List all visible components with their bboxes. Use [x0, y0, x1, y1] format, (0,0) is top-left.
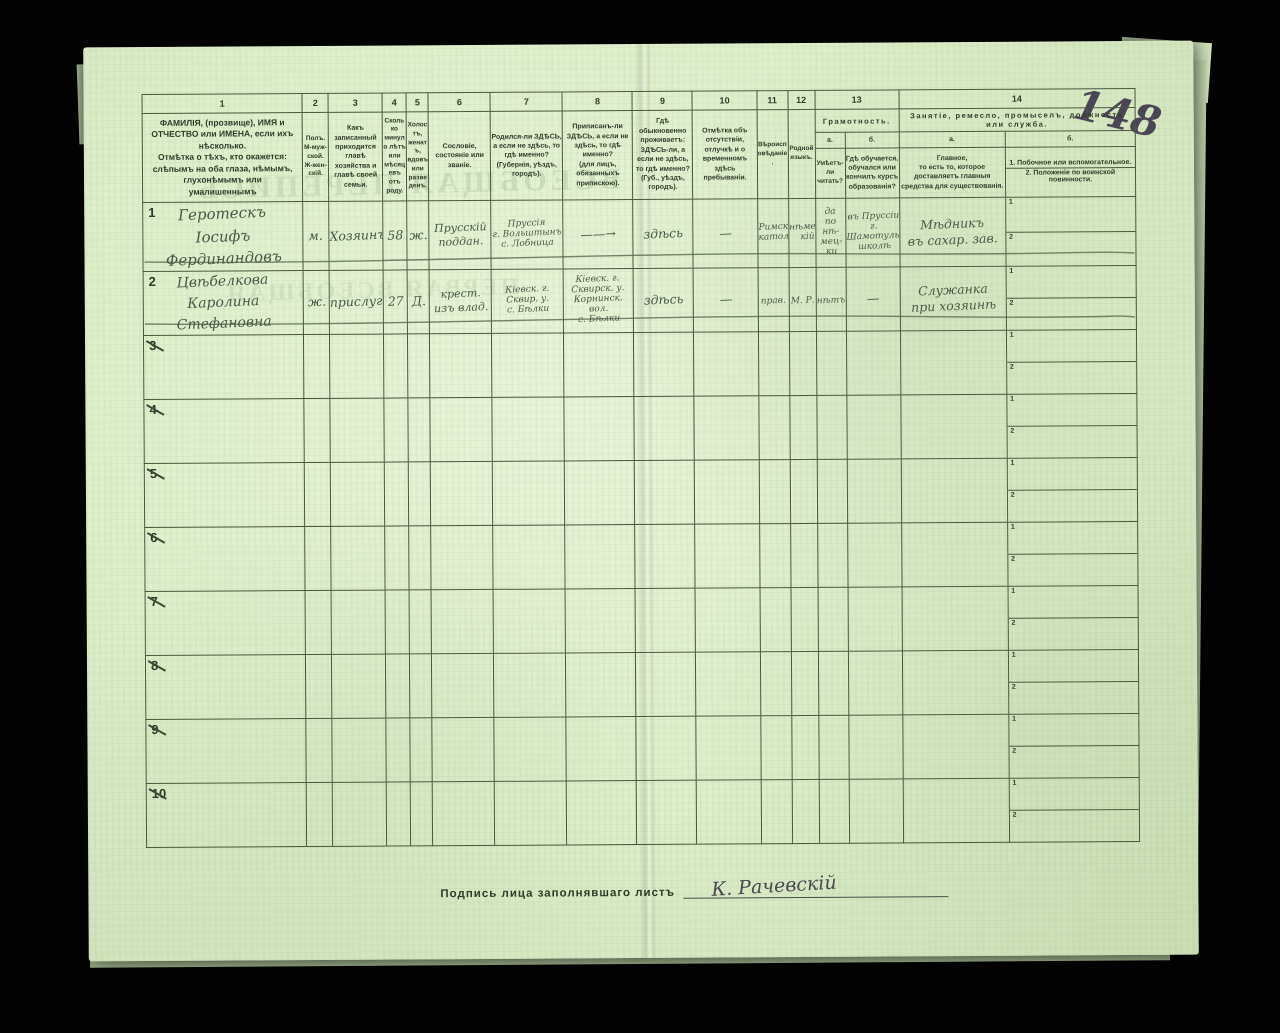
empty-cell	[493, 461, 565, 525]
subcell-label: 1	[1011, 523, 1015, 530]
cell-occupation-side: 12	[1007, 521, 1138, 586]
cell-residence: здѣсь	[633, 199, 693, 268]
cell-occupation-side: 12	[1009, 777, 1140, 842]
empty-cell	[409, 526, 431, 590]
census-table: 1 2 3 4 5 6 7 8 9 10 11 12 13 14 ФАМИЛІЯ…	[142, 88, 1141, 848]
empty-cell	[492, 333, 564, 397]
empty-cell	[761, 779, 792, 843]
empty-cell	[790, 523, 817, 587]
empty-cell	[636, 716, 696, 780]
empty-cell	[305, 590, 331, 654]
table-row: 1Геротескъ Іосифъ Фердинандовъ м. Хозяин…	[143, 197, 1136, 272]
table-row: 7 12	[145, 585, 1138, 655]
empty-cell	[819, 779, 849, 843]
empty-cell	[635, 524, 695, 588]
empty-cell	[566, 716, 636, 780]
table-row: 8 12	[145, 649, 1138, 719]
empty-cell	[760, 715, 791, 779]
row-number: 7	[151, 594, 158, 609]
empty-cell	[696, 588, 760, 652]
empty-cell	[817, 459, 847, 523]
subcell-label: 1	[1012, 779, 1016, 786]
subcell-label: 1	[1009, 199, 1013, 206]
empty-cell	[758, 331, 789, 395]
empty-cell	[637, 780, 697, 844]
cell-name: 7	[145, 590, 306, 655]
empty-cell	[331, 590, 385, 654]
subcell-label: 2	[1010, 428, 1014, 435]
cell-literacy-where: въ Пруссіи г. Шамотулы школѣ	[845, 198, 899, 267]
col-number: 1	[142, 94, 302, 114]
cell-language: нѣмец- кій	[788, 199, 815, 268]
cell-occupation-side: 12	[1006, 329, 1137, 394]
header-age: Сколько минуло лѣтъ или мѣсяцевъ отъ род…	[382, 112, 407, 201]
empty-cell	[384, 462, 408, 526]
empty-cell	[332, 718, 386, 782]
empty-cell	[385, 526, 409, 590]
empty-cell	[902, 586, 1008, 651]
empty-cell	[332, 654, 386, 718]
empty-cell	[564, 332, 634, 396]
cell-absence: —	[694, 268, 758, 332]
empty-cell	[384, 398, 408, 462]
cell-literacy-where: —	[846, 267, 900, 331]
empty-cell	[494, 717, 566, 781]
empty-cell	[817, 523, 847, 587]
empty-cell	[432, 717, 494, 781]
table-row: 2Цвѣбелкова Каролина Стефановна ж. присл…	[143, 265, 1136, 335]
empty-cell	[408, 398, 430, 462]
empty-cell	[304, 398, 330, 462]
subcell-label: 1	[1009, 268, 1013, 275]
empty-cell	[903, 778, 1009, 843]
cell-name: 1Геротескъ Іосифъ Фердинандовъ	[143, 202, 304, 271]
empty-cell	[432, 653, 494, 717]
subcell-label: 1	[1010, 396, 1014, 403]
empty-cell	[818, 715, 848, 779]
cell-residence: здѣсь	[634, 268, 694, 332]
census-sheet: ВСЕОБЩАЯ ПЕРЕПИСЬ ПЕРВАЯ ВСЕОБЩАЯ 148 1 …	[83, 41, 1199, 962]
cell-birthplace: Пруссія г. Вольштынъ с. Лобница	[491, 200, 563, 269]
header-estate: Сословіе, состояніе или званіе.	[428, 111, 491, 201]
empty-cell	[386, 718, 410, 782]
table-row: 4 12	[144, 393, 1137, 463]
empty-cell	[410, 654, 432, 718]
empty-cell	[791, 715, 818, 779]
cell-literacy-read: нѣтъ	[816, 267, 846, 331]
occupation-b-label: б.	[1005, 131, 1135, 147]
header-language: Родной языкъ.	[788, 109, 816, 198]
cell-occupation-main: Мѣдникъ въ сахар. зав.	[899, 198, 1006, 267]
subcell-label: 2	[1009, 233, 1013, 240]
empty-cell	[432, 781, 494, 845]
empty-cell	[431, 589, 493, 653]
empty-cell	[564, 396, 634, 460]
cell-occupation-side: 1 2	[1006, 265, 1137, 330]
subcell-label: 2	[1011, 491, 1015, 498]
col-number: 14	[899, 88, 1135, 108]
cell-birthplace: Кіевск. г. Сквир. у. с. Бѣлки	[491, 269, 563, 333]
empty-cell	[848, 587, 902, 651]
empty-cell	[565, 524, 635, 588]
cell-registration: ——→	[563, 200, 633, 269]
subcell-label: 2	[1013, 811, 1017, 818]
cell-name: 3	[143, 334, 304, 399]
cell-sex: ж.	[303, 270, 329, 334]
cell-name: 6	[145, 526, 306, 591]
row-number: 6	[150, 530, 157, 545]
empty-cell	[385, 590, 409, 654]
empty-cell	[789, 331, 816, 395]
empty-cell	[791, 587, 818, 651]
empty-cell	[846, 395, 900, 459]
subcell-label: 2	[1012, 683, 1016, 690]
subcell-label: 1	[1012, 715, 1016, 722]
cell-age: 58	[383, 201, 407, 270]
empty-cell	[408, 334, 430, 398]
empty-cell	[902, 714, 1008, 779]
empty-cell	[384, 334, 408, 398]
empty-cell	[634, 332, 694, 396]
header-literacy-where: Гдѣ обучается, обучался или кончилъ курс…	[845, 147, 899, 198]
header-absence: Отмѣтка объ отсутствіи, отлучкѣ и о врем…	[693, 110, 758, 200]
empty-cell	[818, 587, 848, 651]
empty-cell	[304, 462, 330, 526]
subcell-label: 2	[1011, 555, 1015, 562]
empty-cell	[696, 716, 760, 780]
header-religion: Вѣроисповѣданіе.	[757, 110, 789, 199]
empty-cell	[694, 332, 758, 396]
header-surname: ФАМИЛІЯ, (прозвище), ИМЯ и ОТЧЕСТВО или …	[142, 113, 303, 203]
empty-cell	[849, 779, 903, 843]
col-number: 7	[490, 92, 562, 111]
header-occupation-side: 1. Побочное или вспомогательное. 2. Поло…	[1005, 146, 1136, 198]
col-number: 5	[406, 93, 428, 112]
col-number: 11	[757, 91, 788, 110]
subcell-label: 2	[1010, 364, 1014, 371]
occupation-a-label: а.	[899, 131, 1005, 147]
table-row: 3 12	[143, 329, 1136, 399]
empty-cell	[430, 333, 492, 397]
empty-cell	[493, 525, 565, 589]
empty-cell	[409, 590, 431, 654]
empty-cell	[901, 458, 1007, 523]
empty-cell	[431, 461, 493, 525]
empty-cell	[848, 715, 902, 779]
cell-name: 4	[144, 398, 305, 463]
col-number: 13	[815, 90, 899, 110]
empty-cell	[900, 394, 1006, 459]
empty-cell	[847, 523, 901, 587]
empty-cell	[902, 650, 1008, 715]
empty-cell	[330, 334, 384, 398]
scanned-census-page: ВСЕОБЩАЯ ПЕРЕПИСЬ ПЕРВАЯ ВСЕОБЩАЯ 148 1 …	[0, 0, 1280, 1033]
row-number: 3	[149, 338, 156, 353]
empty-cell	[846, 331, 900, 395]
literacy-a-label: а.	[815, 132, 845, 148]
col-number: 8	[562, 92, 632, 111]
col-number: 2	[302, 93, 328, 112]
empty-cell	[790, 459, 817, 523]
col-number: 6	[428, 92, 490, 111]
subcell-label: 2	[1011, 619, 1015, 626]
cell-literacy-read: да по нѣ- мец- ки	[815, 199, 845, 268]
cell-religion: прав.	[758, 267, 789, 331]
col-number: 3	[328, 93, 382, 112]
empty-cell	[696, 652, 760, 716]
empty-cell	[306, 654, 332, 718]
cell-occupation-side: 12	[1007, 393, 1138, 458]
empty-cell	[305, 526, 331, 590]
empty-cell	[635, 460, 695, 524]
cell-religion: Римск. катол.	[757, 199, 788, 268]
empty-cell	[847, 459, 901, 523]
header-literacy: Грамотность.	[815, 109, 899, 133]
empty-cell	[634, 396, 694, 460]
empty-cell	[758, 395, 789, 459]
empty-cell	[635, 588, 695, 652]
cell-registration: Кіевск. г. Сквирск. у. Корнинск. вол. с.…	[563, 268, 633, 332]
empty-cell	[493, 589, 565, 653]
cell-occupation-main: Служанка при хозяинѣ	[900, 266, 1006, 331]
header-sex: Полъ. М-муж-ской. Ж-жен-скій.	[302, 112, 329, 201]
empty-cell	[818, 651, 848, 715]
empty-cell	[636, 652, 696, 716]
table-row: 9 12	[146, 713, 1139, 783]
empty-cell	[431, 525, 493, 589]
empty-cell	[410, 718, 432, 782]
empty-cell	[566, 652, 636, 716]
cell-name: 9	[146, 718, 307, 783]
header-marital: Холостъ, женатъ, вдовъ или разведенъ.	[406, 112, 429, 201]
empty-cell	[304, 334, 330, 398]
empty-cell	[791, 651, 818, 715]
empty-cell	[306, 718, 332, 782]
cell-age: 27	[383, 270, 407, 334]
empty-cell	[330, 398, 384, 462]
empty-cell	[760, 587, 791, 651]
header-occupation: Занятіе, ремесло, промыселъ, должность и…	[899, 107, 1135, 132]
empty-cell	[848, 651, 902, 715]
cell-relation: Хозяинъ	[329, 201, 383, 270]
cell-name: 2Цвѣбелкова Каролина Стефановна	[143, 270, 304, 335]
subcell-label: 1	[1012, 651, 1016, 658]
empty-cell	[695, 460, 759, 524]
row-number: 8	[151, 658, 158, 673]
row-number: 4	[149, 402, 156, 417]
header-occupation-main: Главное, то есть то, которое доставляетъ…	[899, 147, 1005, 198]
cell-occupation-side: 12	[1009, 713, 1140, 778]
header-birthplace: Родился-ли ЗДѢСЬ, а если не здѣсь, то гд…	[490, 111, 563, 201]
cell-estate: Прусскій поддан.	[429, 201, 491, 270]
cell-occupation-side: 1 2	[1005, 197, 1136, 266]
signature-handwritten: К. Рачевскій	[710, 872, 836, 901]
empty-cell	[792, 779, 819, 843]
table-row: 6 12	[145, 521, 1138, 591]
col-number: 10	[692, 91, 756, 110]
empty-cell	[697, 780, 761, 844]
cell-name: 8	[145, 654, 306, 719]
signature-line: К. Рачевскій	[683, 870, 948, 899]
empty-cell	[408, 462, 430, 526]
empty-cell	[330, 462, 384, 526]
cell-sex: м.	[303, 202, 329, 271]
subcell-label: 1	[1010, 459, 1014, 466]
empty-cell	[816, 395, 846, 459]
empty-cell	[331, 526, 385, 590]
table-row: 10 12	[146, 777, 1139, 847]
header-registration: Приписанъ-ли ЗДѢСЬ, а если не здѣсь, то …	[562, 111, 633, 201]
signature-block: Подпись лица заполнявшаго листъ К. Рачев…	[440, 870, 948, 900]
header-literacy-read: Умѣетъ-ли читать?	[815, 148, 845, 199]
empty-cell	[565, 460, 635, 524]
cell-relation: прислуга	[329, 270, 383, 334]
signature-label: Подпись лица заполнявшаго листъ	[440, 887, 675, 900]
empty-cell	[789, 395, 816, 459]
cell-absence: —	[693, 199, 757, 268]
empty-cell	[306, 782, 332, 846]
cell-occupation-side: 12	[1008, 649, 1139, 714]
row-number: 5	[150, 466, 157, 481]
subcell-label: 1	[1011, 587, 1015, 594]
empty-cell	[565, 588, 635, 652]
subcell-label: 2	[1010, 300, 1014, 307]
empty-cell	[816, 331, 846, 395]
subcell-label: 2	[1012, 747, 1016, 754]
cell-language: М. Р.	[789, 267, 816, 331]
header-relation: Какъ записанный приходится главѣ хозяйст…	[328, 112, 383, 202]
empty-cell	[386, 782, 410, 846]
empty-cell	[494, 653, 566, 717]
subcell-label: 1	[1010, 332, 1014, 339]
row-number: 9	[151, 722, 158, 737]
empty-cell	[495, 781, 567, 845]
empty-cell	[332, 782, 386, 846]
empty-cell	[901, 522, 1007, 587]
empty-cell	[900, 330, 1006, 395]
literacy-b-label: б.	[845, 132, 899, 148]
empty-cell	[694, 396, 758, 460]
empty-cell	[430, 397, 492, 461]
empty-cell	[492, 397, 564, 461]
cell-marital: Д.	[407, 270, 429, 334]
header-residence: Гдѣ обыкновенно проживаетъ: ЗДѢСЬ-ли, а …	[633, 110, 694, 200]
cell-name: 5	[144, 462, 305, 527]
cell-occupation-side: 12	[1007, 457, 1138, 522]
empty-cell	[759, 459, 790, 523]
col-number: 12	[788, 90, 815, 109]
empty-cell	[760, 651, 791, 715]
col-number: 9	[632, 91, 692, 110]
row-number: 10	[152, 786, 167, 801]
col-number: 4	[382, 93, 406, 112]
empty-cell	[695, 524, 759, 588]
cell-marital: ж.	[407, 201, 429, 270]
header-occupation-side-2: 2. Положеніе по воинской повинности.	[1006, 167, 1135, 185]
empty-cell	[759, 523, 790, 587]
empty-cell	[567, 780, 637, 844]
cell-name: 10	[146, 782, 307, 847]
empty-cell	[410, 782, 432, 846]
table-row: 5 12	[144, 457, 1137, 527]
cell-occupation-side: 12	[1008, 585, 1139, 650]
empty-cell	[386, 654, 410, 718]
cell-estate: крест. изъ влад.	[429, 269, 491, 333]
